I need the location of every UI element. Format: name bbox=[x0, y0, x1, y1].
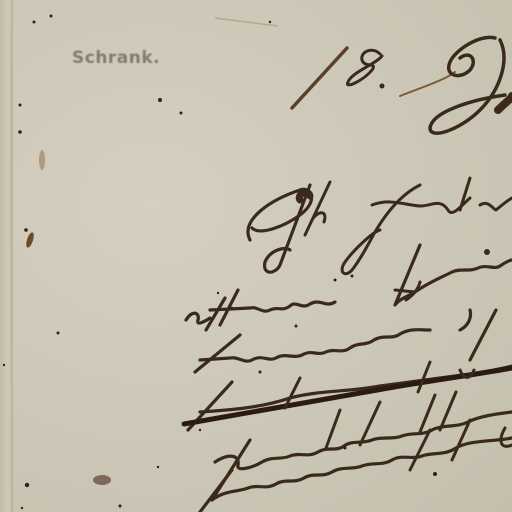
handwriting-ink bbox=[0, 0, 512, 512]
manuscript-page: Schrank. bbox=[0, 0, 512, 512]
